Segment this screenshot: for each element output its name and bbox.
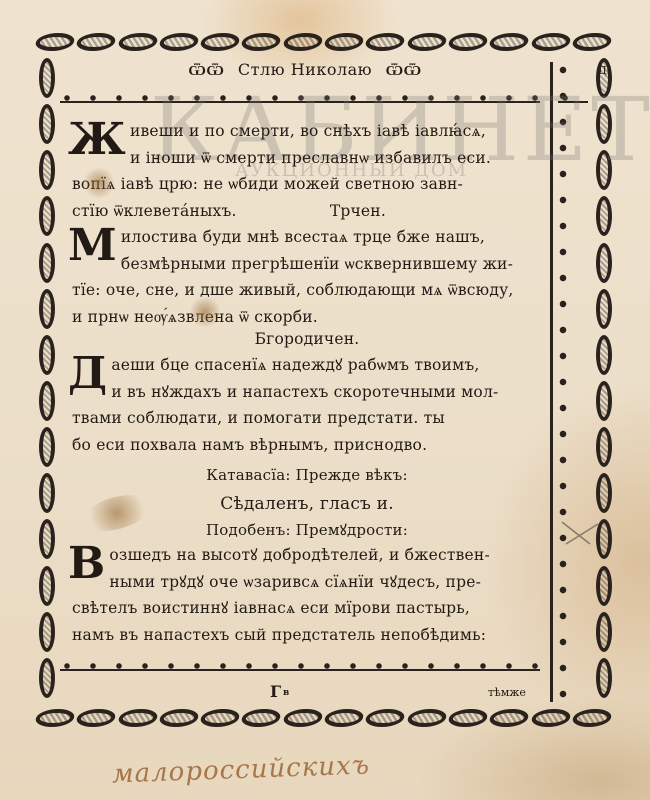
section-heading: Бгородичен. bbox=[255, 330, 360, 348]
paper-stain bbox=[190, 295, 220, 329]
drop-cap: Д bbox=[68, 354, 107, 394]
verse-line: озшедъ на высотꙋ добродѣтелей, и бжестве… bbox=[109, 546, 490, 564]
verse-line: и въ нꙋждахъ и напастехъ скоротечными мо… bbox=[111, 383, 498, 401]
right-chain-border bbox=[593, 58, 615, 698]
rubric-sedalen: Сѣдаленъ, гласъ и. bbox=[220, 494, 394, 514]
handwritten-note: малороссийскихъ bbox=[112, 751, 371, 790]
signature-sub-mark: в bbox=[283, 688, 289, 698]
bottom-vine-ornament bbox=[60, 662, 540, 674]
drop-cap: В bbox=[68, 544, 105, 584]
folio-number: ДІ bbox=[598, 64, 611, 77]
verse-line: илостива буди мнѣ всестаѧ трце бже нашъ, bbox=[121, 228, 485, 246]
verse-line: тїе: оче, сне, и дше живый, соблюдающи м… bbox=[72, 281, 514, 299]
header-ornament-right-icon: ѾѾ bbox=[386, 63, 422, 79]
document-page: ДІ ѾѾ Стлю Николаю ѾѾ КАБИНЕТЪ АУКЦИОННЫ… bbox=[0, 0, 650, 800]
verse-line: и iноши ѿ смерти преславнѡ избавилъ еси. bbox=[130, 149, 491, 167]
catchword: тѣмже bbox=[488, 686, 526, 699]
verse-line: аеши бце спасенїѧ надеждꙋ рабѡмъ твоимъ, bbox=[111, 356, 479, 374]
signature-mark: Г bbox=[270, 682, 281, 701]
verse-line: намъ въ напастехъ сый предстатель непобѣ… bbox=[72, 626, 486, 644]
troparion-verse-1: Ж ивеши и по смерти, во снѣхъ iавѣ iавлꙗ… bbox=[72, 118, 542, 224]
rubric-katavasia: Катавасїа: Прежде вѣкъ: bbox=[206, 466, 407, 484]
section-rubric: Трчен. bbox=[330, 202, 386, 220]
bottom-chain-border bbox=[36, 706, 611, 730]
paper-stain bbox=[82, 168, 116, 198]
sedalen-verse: В озшедъ на высотꙋ добродѣтелей, и бжест… bbox=[72, 542, 542, 648]
verse-line: вопїѧ iавѣ црю: не ѡбиди можей светною з… bbox=[72, 175, 463, 193]
drop-cap: М bbox=[68, 226, 117, 266]
header-title: Стлю Николаю bbox=[238, 60, 372, 79]
rubric-podoben: Подобенъ: Премꙋдрости: bbox=[206, 521, 408, 539]
verse-line: безмѣрными прегрѣшенїи ѡсквернившему жи- bbox=[121, 255, 513, 273]
verse-line: бо еси похвала намъ вѣрнымъ, приснодво. bbox=[72, 436, 427, 454]
left-chain-border bbox=[36, 58, 58, 698]
theotokion-verse: Д аеши бце спасенїѧ надеждꙋ рабѡмъ твоим… bbox=[72, 352, 542, 458]
top-chain-border bbox=[36, 30, 611, 54]
drop-cap: Ж bbox=[68, 120, 126, 160]
header-ornament-left-icon: ѾѾ bbox=[188, 63, 224, 79]
verse-line: ными трꙋдꙋ оче ѡзаривсѧ сїѧнїи чꙋдесъ, п… bbox=[109, 573, 481, 591]
pencil-cross-mark-icon bbox=[560, 518, 600, 548]
troparion-verse-2: М илостива буди мнѣ всестаѧ трце бже наш… bbox=[72, 224, 542, 330]
top-vine-ornament bbox=[60, 94, 540, 106]
theotokion-heading-block: Бгородичен. bbox=[72, 326, 542, 353]
corner-vine-ornament bbox=[558, 94, 588, 106]
page-header: ѾѾ Стлю Николаю ѾѾ bbox=[60, 60, 550, 80]
right-vine-ornament bbox=[550, 62, 567, 702]
verse-line: ивеши и по смерти, во снѣхъ iавѣ iавлꙗ́с… bbox=[130, 122, 486, 140]
verse-line: стїю ѿклевета́ныхъ. bbox=[72, 202, 237, 220]
verse-line: свѣтелъ воистиннꙋ iавнасѧ еси мїрови пас… bbox=[72, 599, 470, 617]
verse-line: твами соблюдати, и помогати предстати. т… bbox=[72, 409, 445, 427]
